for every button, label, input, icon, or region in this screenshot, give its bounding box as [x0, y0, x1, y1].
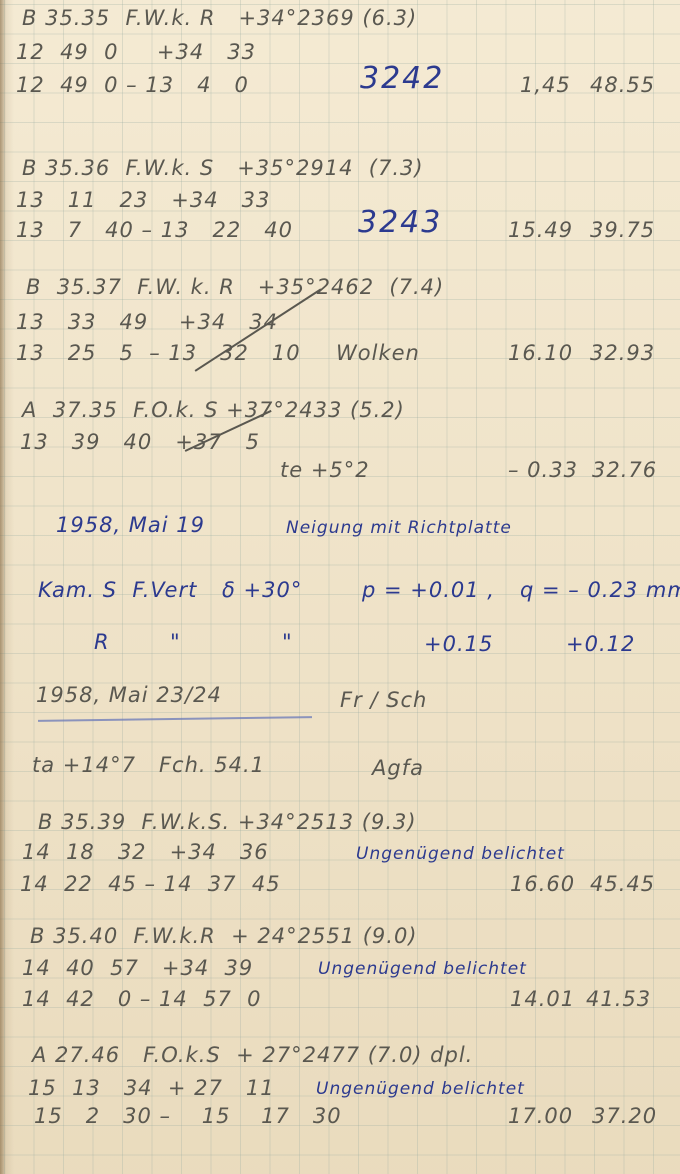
section-title: Neigung mit Richtplatte [286, 520, 512, 537]
measure-value: 14.01 [510, 989, 575, 1010]
q-value: q = – 0.23 mm [520, 580, 680, 601]
plate-number: 3243 [358, 208, 442, 238]
measure-value: 41.53 [586, 989, 651, 1010]
entry-header: B 35.36 F.W.k. S +35°2914 (7.3) [22, 158, 424, 179]
declination-value: δ +30° [222, 580, 302, 601]
p-value: p = +0.01 , [362, 580, 495, 601]
measure-value: 32.93 [590, 343, 655, 364]
entry-row: 15 2 30 – 15 17 30 [34, 1106, 342, 1127]
measure-value: 37.20 [592, 1106, 657, 1127]
measure-value: 17.00 [508, 1106, 573, 1127]
measure-value: 1,45 [520, 75, 571, 96]
observer-initials: Fr / Sch [340, 690, 427, 711]
weather-note: Wolken [336, 343, 420, 364]
camera-label: Kam. S F.Vert [38, 580, 197, 601]
entry-row: 13 33 49 +34 34 [16, 312, 278, 333]
measure-value: 16.60 [510, 874, 575, 895]
entry-row: 13 7 40 – 13 22 40 [16, 220, 293, 241]
entry-row: 12 49 0 – 13 4 0 [16, 75, 249, 96]
entry-row: 13 25 5 – 13 32 10 [16, 343, 301, 364]
q-value: +0.12 [566, 634, 635, 655]
entry-header: A 27.46 F.O.k.S + 27°2477 (7.0) dpl. [32, 1045, 473, 1066]
notebook-page: B 35.35 F.W.k. R +34°2369 (6.3) 12 49 0 … [0, 0, 680, 1174]
p-value: +0.15 [424, 634, 493, 655]
entry-row: 12 49 0 +34 33 [16, 42, 256, 63]
measure-value: 45.45 [590, 874, 655, 895]
measure-value: – 0.33 [508, 460, 578, 481]
measure-value: 15.49 [508, 220, 573, 241]
section-date: 1958, Mai 23/24 [36, 685, 222, 706]
entry-header: B 35.39 F.W.k.S. +34°2513 (9.3) [38, 812, 417, 833]
section-date: 1958, Mai 19 [56, 515, 205, 536]
exposure-note: Ungenügend belichtet [316, 1081, 525, 1098]
entry-row: 13 39 40 +37 5 [20, 432, 260, 453]
date-underline [38, 716, 312, 722]
temperature-note: te +5°2 [280, 460, 370, 481]
measure-value: 32.76 [592, 460, 657, 481]
measure-value: 48.55 [590, 75, 655, 96]
plate-number: 3242 [360, 64, 444, 94]
ditto-mark: " [170, 632, 181, 653]
film-type: Agfa [372, 758, 424, 779]
entry-row: 14 40 57 +34 39 [22, 958, 253, 979]
camera-label: R [94, 632, 110, 653]
entry-row: 14 42 0 – 14 57 0 [22, 989, 262, 1010]
entry-row: 13 11 23 +34 33 [16, 190, 270, 211]
entry-header: B 35.40 F.W.k.R + 24°2551 (9.0) [30, 926, 418, 947]
entry-header: B 35.35 F.W.k. R +34°2369 (6.3) [22, 8, 417, 29]
ditto-mark: " [282, 632, 293, 653]
conditions-note: ta +14°7 Fch. 54.1 [32, 755, 265, 776]
entry-header: A 37.35 F.O.k. S +37°2433 (5.2) [22, 400, 405, 421]
measure-value: 16.10 [508, 343, 573, 364]
measure-value: 39.75 [590, 220, 655, 241]
exposure-note: Ungenügend belichtet [318, 961, 527, 978]
entry-row: 15 13 34 + 27 11 [28, 1078, 275, 1099]
exposure-note: Ungenügend belichtet [356, 846, 565, 863]
entry-row: 14 18 32 +34 36 [22, 842, 269, 863]
entry-row: 14 22 45 – 14 37 45 [20, 874, 281, 895]
entry-header: B 35.37 F.W. k. R +35°2462 (7.4) [26, 277, 444, 298]
